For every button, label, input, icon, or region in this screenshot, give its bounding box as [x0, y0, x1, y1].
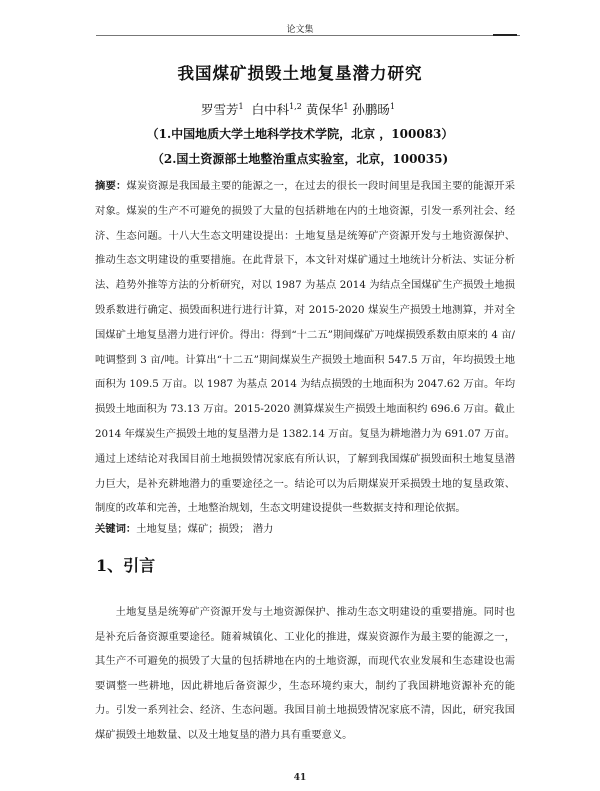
- author-name: 黄保华: [306, 102, 344, 117]
- author-name: 罗雪芳: [201, 102, 239, 117]
- affiliation-2: （2.国土资源部土地整治重点实验室，北京，100035): [0, 150, 600, 167]
- author-affil-mark: 1: [238, 102, 243, 111]
- author-affil-mark: 1: [343, 102, 348, 111]
- keywords-label: 关键词：: [95, 523, 136, 535]
- paper-title: 我国煤矿损毁土地复垦潜力研究: [0, 60, 600, 84]
- affiliation-1: （1.中国地质大学土地科学技术学院，北京 ，100083）: [0, 125, 600, 142]
- abstract: 摘要：煤炭资源是我国最主要的能源之一，在过去的很长一段时间里是我国主要的能源开采…: [95, 174, 515, 521]
- keywords-text: 土地复垦；煤矿；损毁； 潜力: [136, 523, 273, 535]
- author-name: 白中科: [252, 102, 290, 117]
- abstract-label: 摘要：: [95, 180, 127, 192]
- section-heading-introduction: 1、引言: [96, 553, 155, 576]
- page-number: 41: [0, 773, 600, 783]
- header-rule-accent: [493, 34, 517, 36]
- author-affil-mark: 1,2: [289, 102, 302, 111]
- header-rule: [96, 35, 520, 36]
- author-affil-mark: 1: [390, 102, 395, 111]
- abstract-text: 煤炭资源是我国最主要的能源之一，在过去的很长一段时间里是我国主要的能源开采对象。…: [95, 180, 515, 514]
- author-list: 罗雪芳1 白中科1,2黄保华1孙鹏旸1: [0, 100, 600, 118]
- introduction-paragraph: 土地复垦是统筹矿产资源开发与土地资源保护、推动生态文明建设的重要措施。同时也是补…: [95, 600, 515, 747]
- keywords: 关键词：土地复垦；煤矿；损毁； 潜力: [95, 520, 515, 535]
- author-name: 孙鹏旸: [352, 102, 390, 117]
